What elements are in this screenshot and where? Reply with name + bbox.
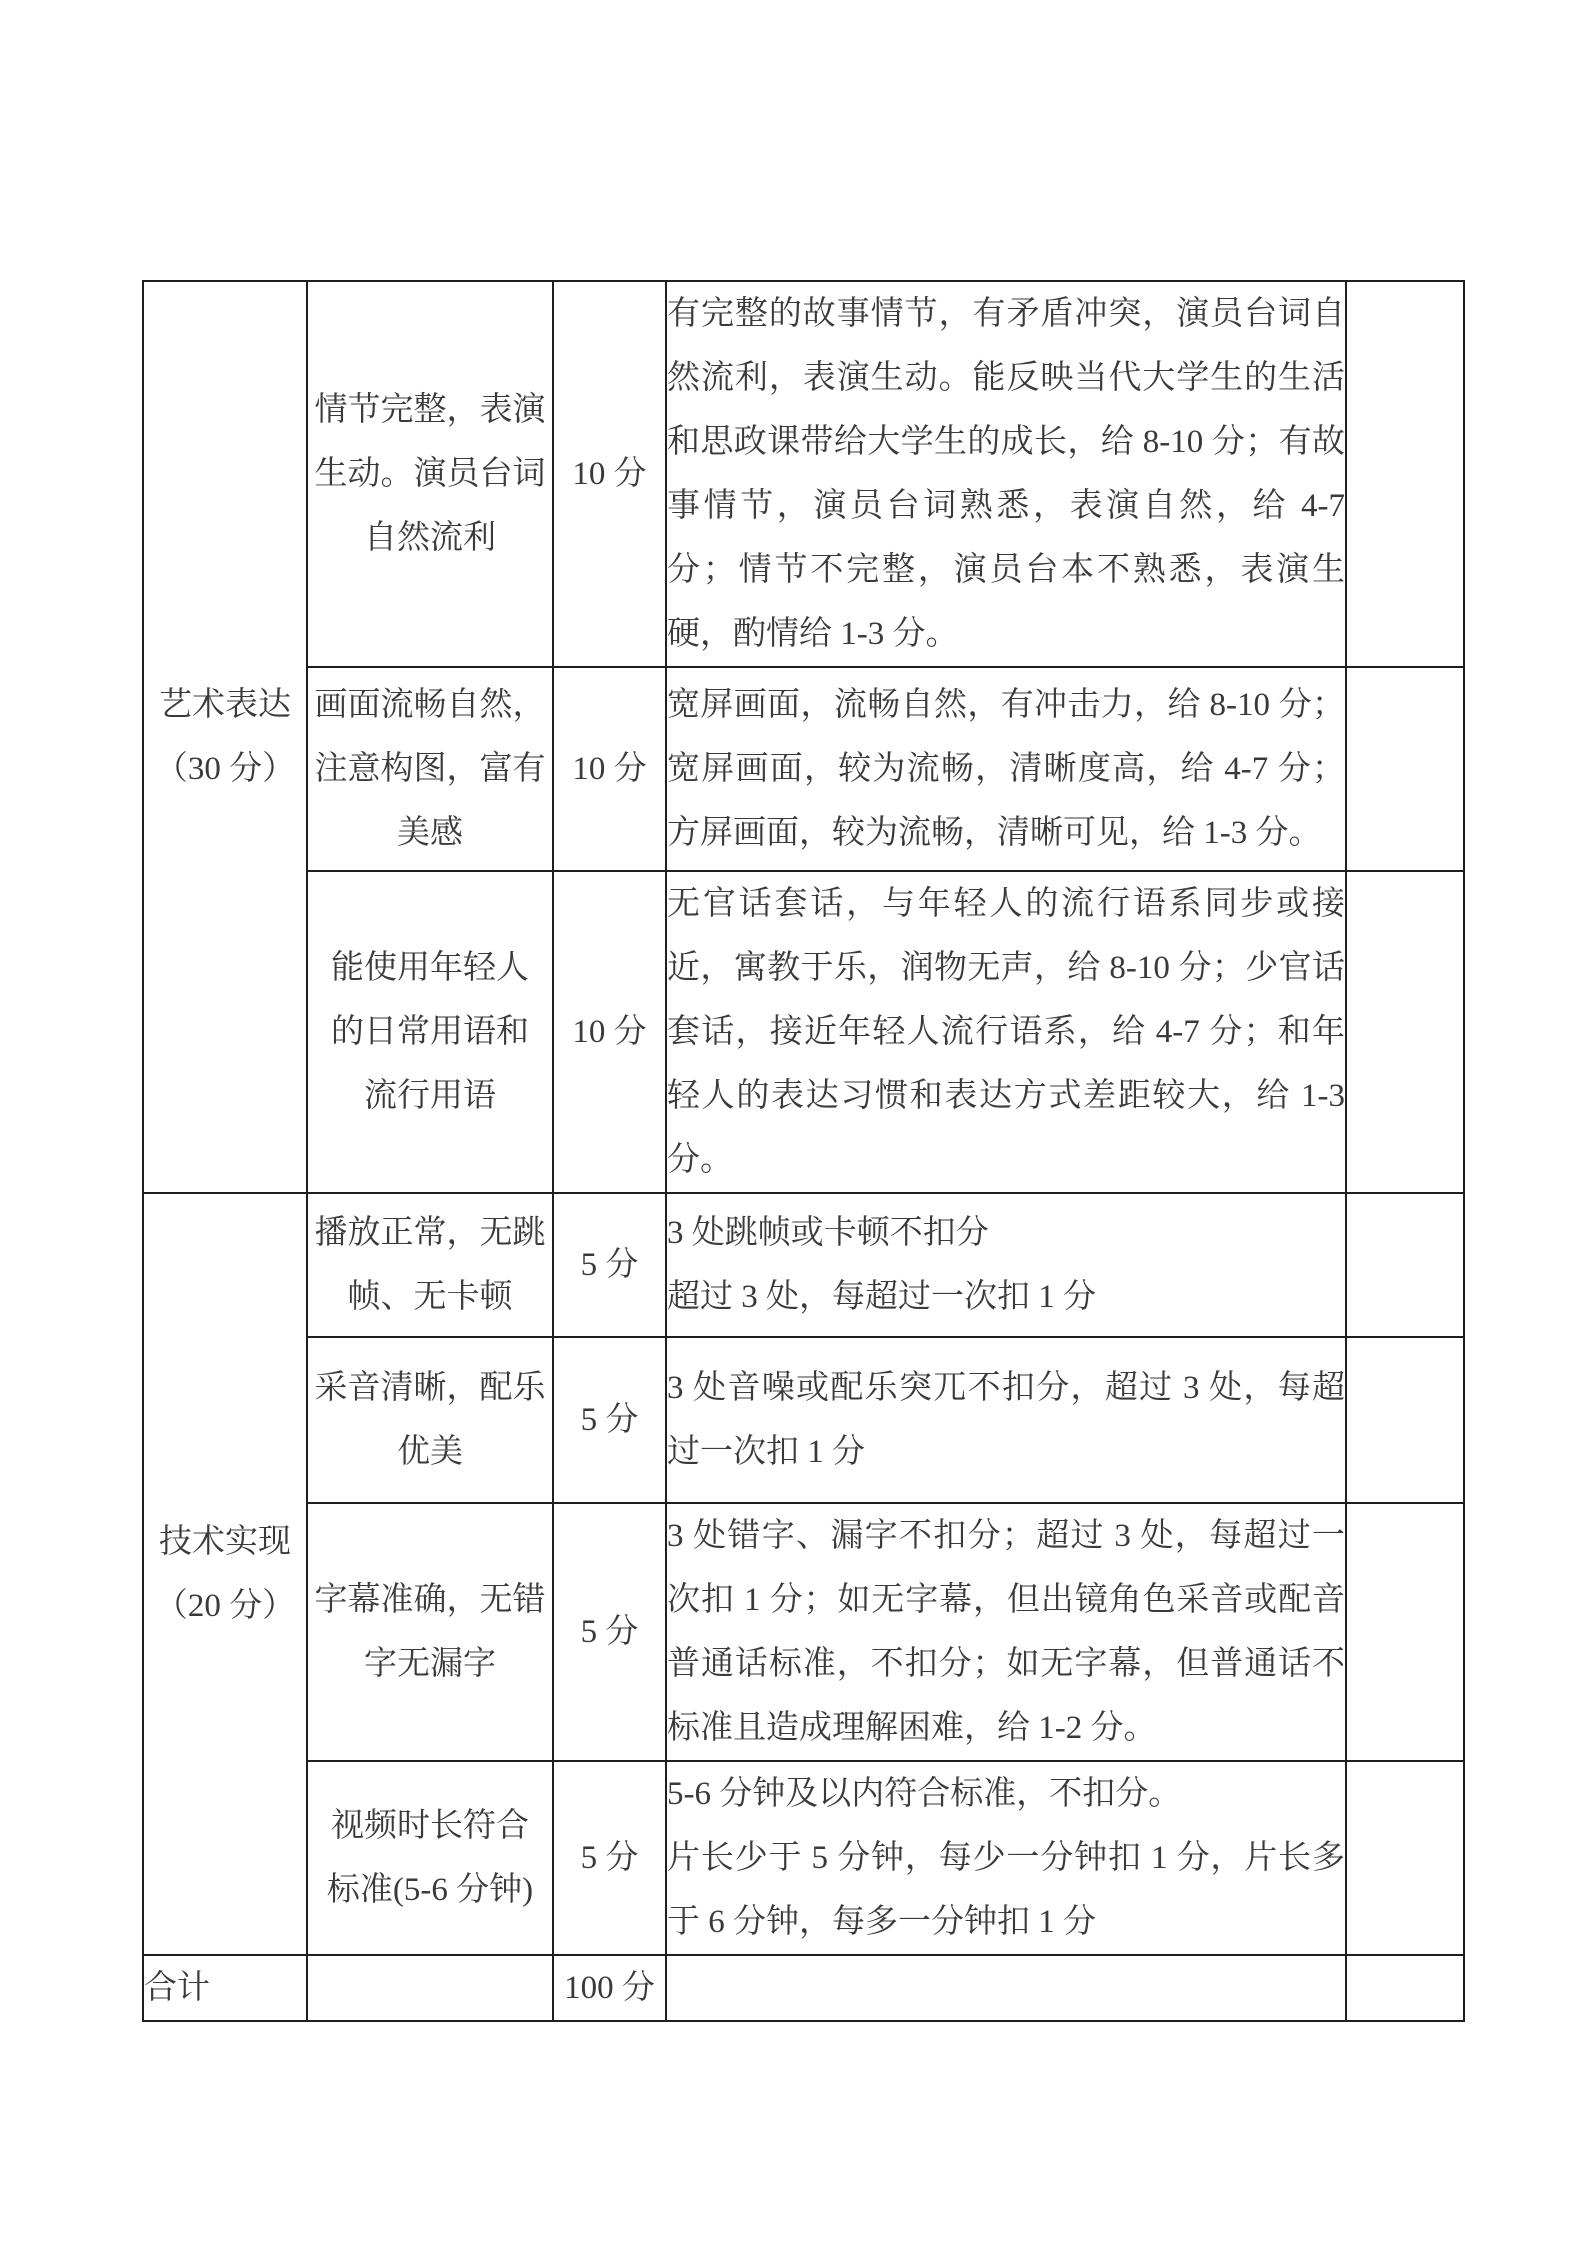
- grading-blank-cell: [1346, 1503, 1464, 1761]
- description-cell: 有完整的故事情节，有矛盾冲突，演员台词自然流利，表演生动。能反映当代大学生的生活…: [666, 281, 1346, 667]
- grading-blank-cell: [1346, 1955, 1464, 2021]
- grading-blank-cell: [1346, 281, 1464, 667]
- category-cell-art-expression: 艺术表达 （30 分）: [143, 281, 307, 1193]
- grading-blank-cell: [1346, 1761, 1464, 1955]
- empty-cell: [666, 1955, 1346, 2021]
- grading-blank-cell: [1346, 1193, 1464, 1337]
- document-page: 艺术表达 （30 分） 情节完整，表演 生动。演员台词 自然流利 10 分 有完…: [0, 0, 1587, 2245]
- grading-blank-cell: [1346, 667, 1464, 871]
- total-label-cell: 合计: [143, 1955, 307, 2021]
- total-row: 合计 100 分: [143, 1955, 1464, 2021]
- description-cell: 3 处跳帧或卡顿不扣分 超过 3 处，每超过一次扣 1 分: [666, 1193, 1346, 1337]
- score-cell: 5 分: [553, 1503, 666, 1761]
- table-row: 艺术表达 （30 分） 情节完整，表演 生动。演员台词 自然流利 10 分 有完…: [143, 281, 1464, 667]
- total-score-cell: 100 分: [553, 1955, 666, 2021]
- rubric-table: 艺术表达 （30 分） 情节完整，表演 生动。演员台词 自然流利 10 分 有完…: [142, 280, 1465, 2022]
- table-row: 视频时长符合 标准(5-6 分钟) 5 分 5-6 分钟及以内符合标准，不扣分。…: [143, 1761, 1464, 1955]
- category-cell-technical: 技术实现 （20 分）: [143, 1193, 307, 1955]
- criteria-cell: 能使用年轻人 的日常用语和 流行用语: [307, 871, 553, 1193]
- criteria-cell: 播放正常，无跳 帧、无卡顿: [307, 1193, 553, 1337]
- table-row: 采音清晰，配乐 优美 5 分 3 处音噪或配乐突兀不扣分，超过 3 处，每超过一…: [143, 1337, 1464, 1503]
- description-cell: 3 处错字、漏字不扣分；超过 3 处，每超过一次扣 1 分；如无字幕，但出镜角色…: [666, 1503, 1346, 1761]
- score-cell: 5 分: [553, 1337, 666, 1503]
- score-cell: 10 分: [553, 871, 666, 1193]
- criteria-cell: 采音清晰，配乐 优美: [307, 1337, 553, 1503]
- criteria-cell: 画面流畅自然， 注意构图，富有 美感: [307, 667, 553, 871]
- description-cell: 无官话套话，与年轻人的流行语系同步或接近，寓教于乐，润物无声，给 8-10 分；…: [666, 871, 1346, 1193]
- empty-cell: [307, 1955, 553, 2021]
- table-row: 画面流畅自然， 注意构图，富有 美感 10 分 宽屏画面，流畅自然，有冲击力，给…: [143, 667, 1464, 871]
- score-cell: 10 分: [553, 667, 666, 871]
- grading-blank-cell: [1346, 871, 1464, 1193]
- score-cell: 5 分: [553, 1193, 666, 1337]
- description-cell: 宽屏画面，流畅自然，有冲击力，给 8-10 分；宽屏画面，较为流畅，清晰度高，给…: [666, 667, 1346, 871]
- table-row: 能使用年轻人 的日常用语和 流行用语 10 分 无官话套话，与年轻人的流行语系同…: [143, 871, 1464, 1193]
- table-row: 技术实现 （20 分） 播放正常，无跳 帧、无卡顿 5 分 3 处跳帧或卡顿不扣…: [143, 1193, 1464, 1337]
- score-cell: 5 分: [553, 1761, 666, 1955]
- criteria-cell: 视频时长符合 标准(5-6 分钟): [307, 1761, 553, 1955]
- description-cell: 3 处音噪或配乐突兀不扣分，超过 3 处，每超过一次扣 1 分: [666, 1337, 1346, 1503]
- grading-blank-cell: [1346, 1337, 1464, 1503]
- criteria-cell: 字幕准确，无错 字无漏字: [307, 1503, 553, 1761]
- criteria-cell: 情节完整，表演 生动。演员台词 自然流利: [307, 281, 553, 667]
- description-cell: 5-6 分钟及以内符合标准，不扣分。 片长少于 5 分钟，每少一分钟扣 1 分，…: [666, 1761, 1346, 1955]
- score-cell: 10 分: [553, 281, 666, 667]
- table-row: 字幕准确，无错 字无漏字 5 分 3 处错字、漏字不扣分；超过 3 处，每超过一…: [143, 1503, 1464, 1761]
